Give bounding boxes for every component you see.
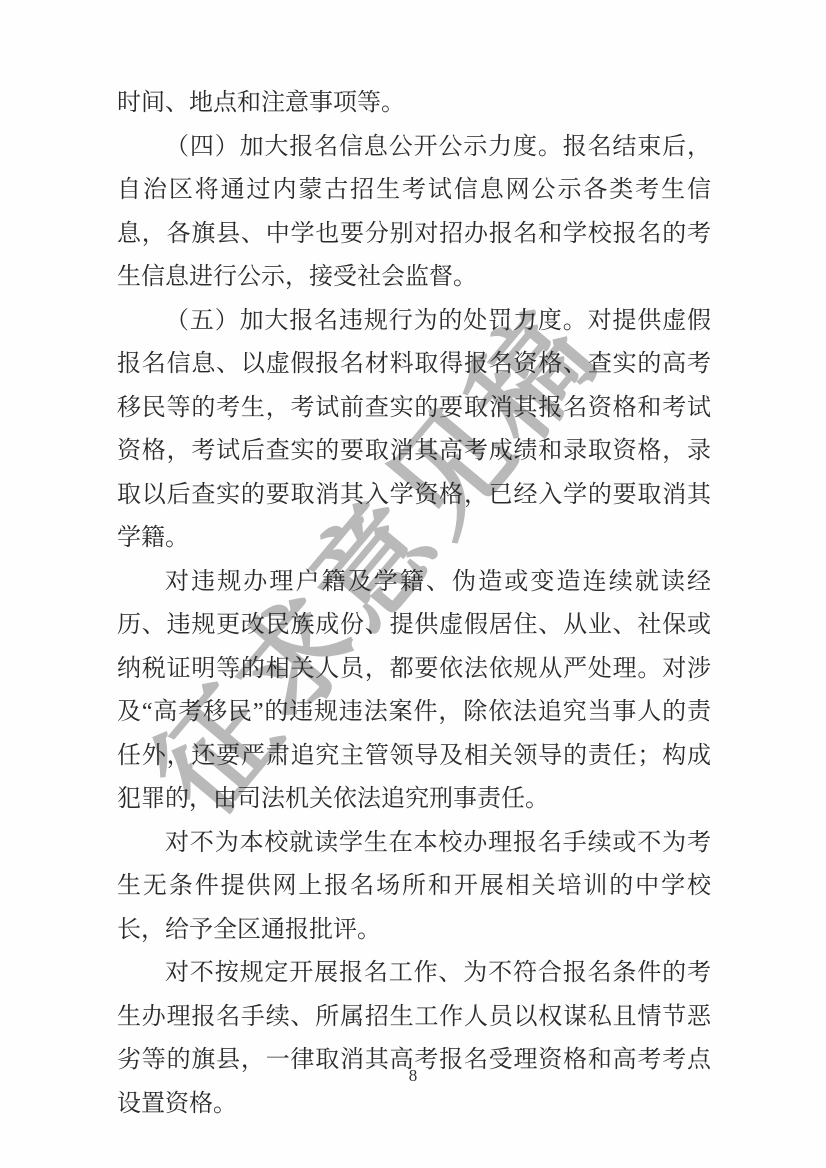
paragraph-school-principals: 对不为本校就读学生在本校办理报名手续或不为考生无条件提供网上报名场所和开展相关培…: [117, 822, 711, 953]
page-number: 8: [0, 1066, 826, 1086]
paragraph-section-4: （四）加大报名信息公开公示力度。报名结束后，自治区将通过内蒙古招生考试信息网公示…: [117, 126, 711, 300]
paragraph-section-5: （五）加大报名违规行为的处罚力度。对提供虚假报名信息、以虚假报名材料取得报名资格…: [117, 300, 711, 561]
paragraph-household-violations: 对违规办理户籍及学籍、伪造或变造连续就读经历、违规更改民族成份、提供虚假居住、从…: [117, 561, 711, 822]
paragraph-banner-counties: 对不按规定开展报名工作、为不符合报名条件的考生办理报名手续、所属招生工作人员以权…: [117, 952, 711, 1126]
document-body: 时间、地点和注意事项等。 （四）加大报名信息公开公示力度。报名结束后，自治区将通…: [117, 82, 711, 1126]
document-page: 征求意见稿 时间、地点和注意事项等。 （四）加大报名信息公开公示力度。报名结束后…: [0, 0, 826, 1168]
paragraph-continuation: 时间、地点和注意事项等。: [117, 82, 711, 126]
